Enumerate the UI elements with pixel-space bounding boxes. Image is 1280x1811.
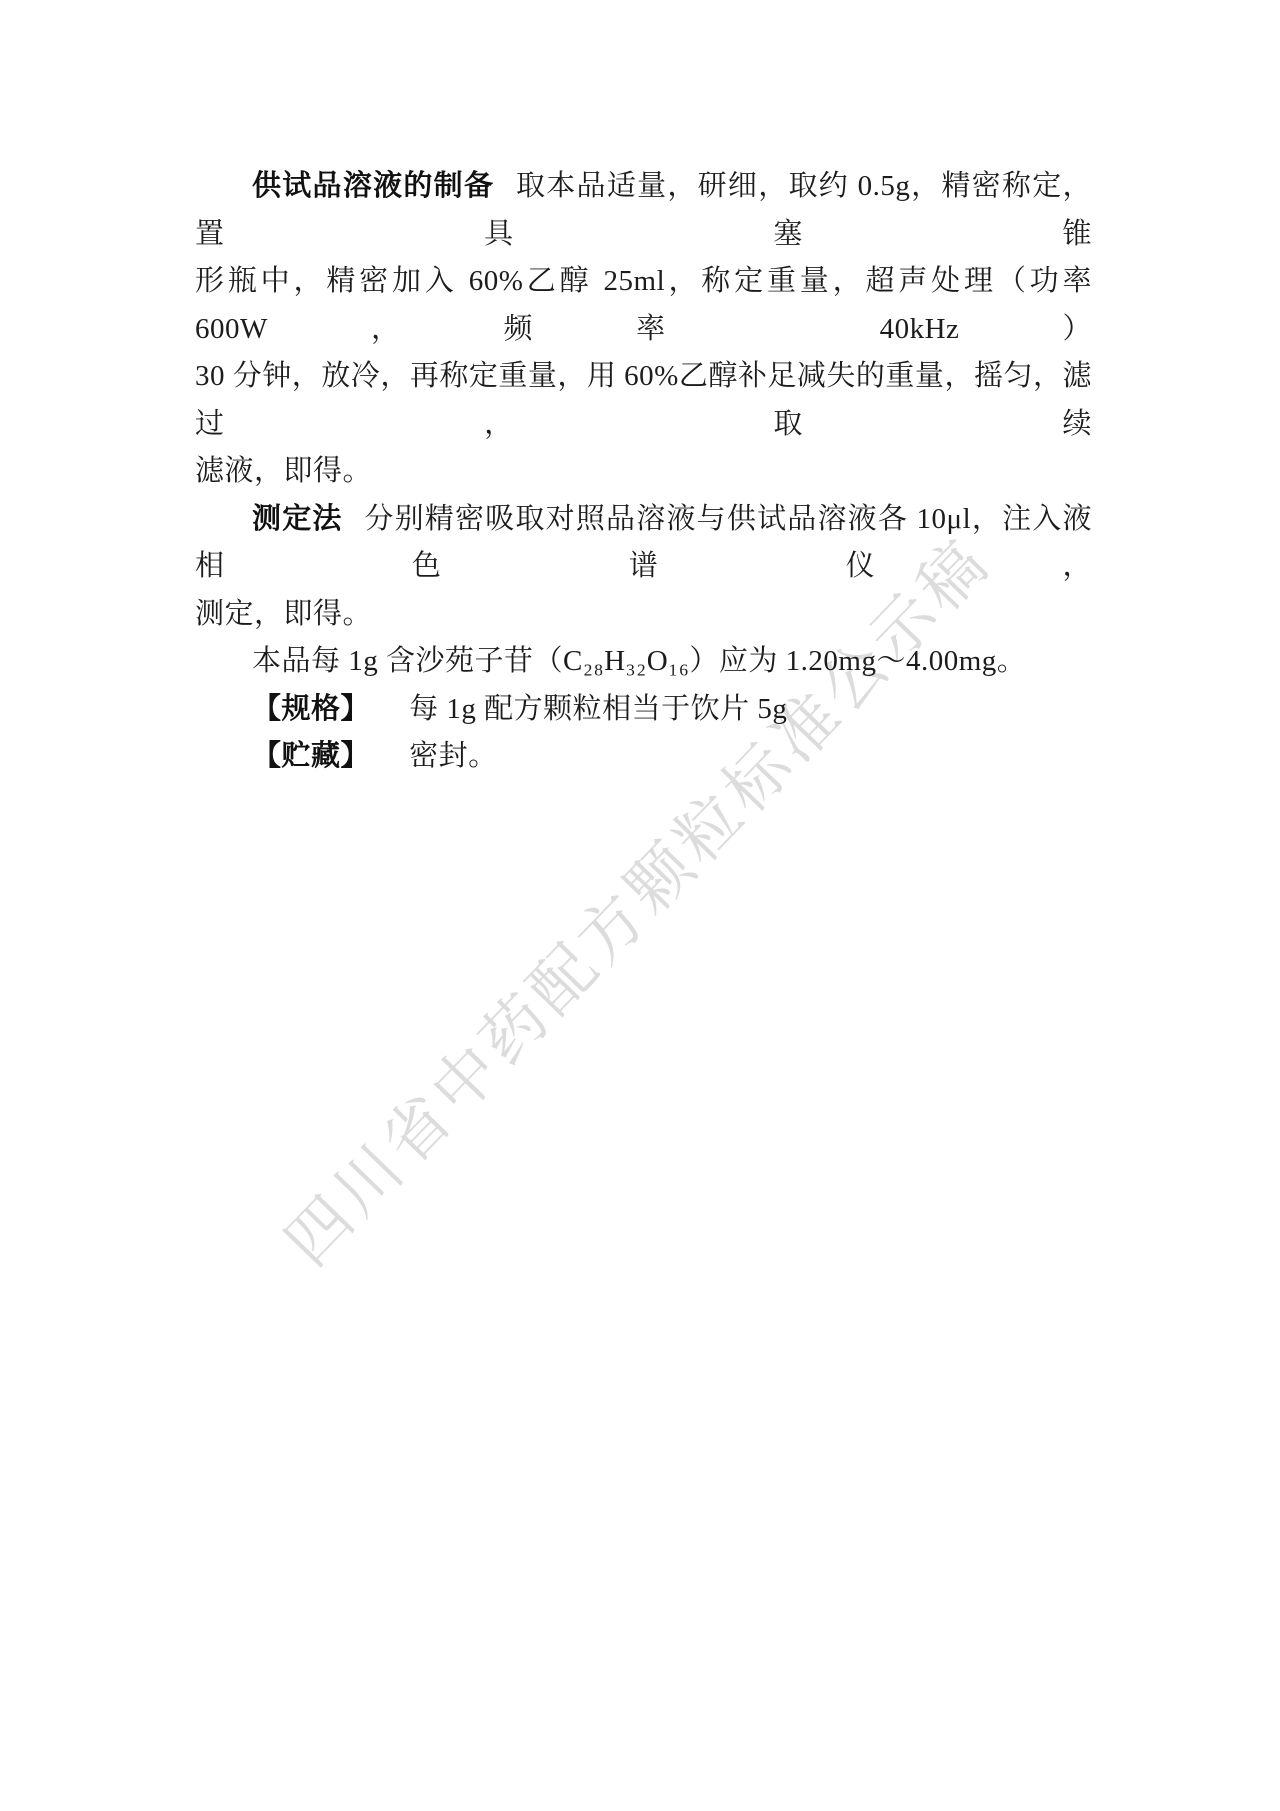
paragraph-sample-solution-line-4: 滤液，即得。	[195, 448, 1092, 496]
document-page: 四川省中药配方颗粒标准公示稿 供试品溶液的制备取本品适量，研细，取约 0.5g，…	[0, 0, 1280, 1811]
body-text: 滤液，即得。	[195, 455, 372, 487]
section-label-specification: 【规格】	[252, 693, 370, 725]
paragraph-sample-solution-line-1: 供试品溶液的制备取本品适量，研细，取约 0.5g，精密称定，置具塞锥	[195, 163, 1092, 258]
paragraph-content-limit: 本品每 1g 含沙苑子苷（C₂₈H₃₂O₁₆）应为 1.20mg～4.00mg。	[195, 638, 1092, 686]
body-text: 形瓶中，精密加入 60%乙醇 25ml，称定重量，超声处理（功率 600W，频率…	[195, 265, 1092, 345]
body-text: 每 1g 配方颗粒相当于饮片 5g	[409, 693, 787, 725]
body-text: 30 分钟，放冷，再称定重量，用 60%乙醇补足减失的重量，摇匀，滤过，取续	[195, 360, 1092, 440]
entry-specification: 【规格】每 1g 配方颗粒相当于饮片 5g	[195, 686, 1092, 734]
body-text: 测定，即得。	[195, 598, 372, 630]
paragraph-assay-line-1: 测定法分别精密吸取对照品溶液与供试品溶液各 10μl，注入液相色谱仪，	[195, 496, 1092, 591]
document-text-block: 供试品溶液的制备取本品适量，研细，取约 0.5g，精密称定，置具塞锥 形瓶中，精…	[195, 163, 1092, 781]
paragraph-assay-line-2: 测定，即得。	[195, 591, 1092, 639]
body-text-with-formula: 本品每 1g 含沙苑子苷（C₂₈H₃₂O₁₆）应为 1.20mg～4.00mg。	[252, 645, 1026, 677]
section-label-storage: 【贮藏】	[252, 740, 370, 772]
body-text: 密封。	[409, 740, 498, 772]
section-label-sample-solution-preparation: 供试品溶液的制备	[252, 170, 494, 202]
section-label-assay-method: 测定法	[252, 503, 343, 535]
entry-storage: 【贮藏】密封。	[195, 733, 1092, 781]
paragraph-sample-solution-line-3: 30 分钟，放冷，再称定重量，用 60%乙醇补足减失的重量，摇匀，滤过，取续	[195, 353, 1092, 448]
paragraph-sample-solution-line-2: 形瓶中，精密加入 60%乙醇 25ml，称定重量，超声处理（功率 600W，频率…	[195, 258, 1092, 353]
